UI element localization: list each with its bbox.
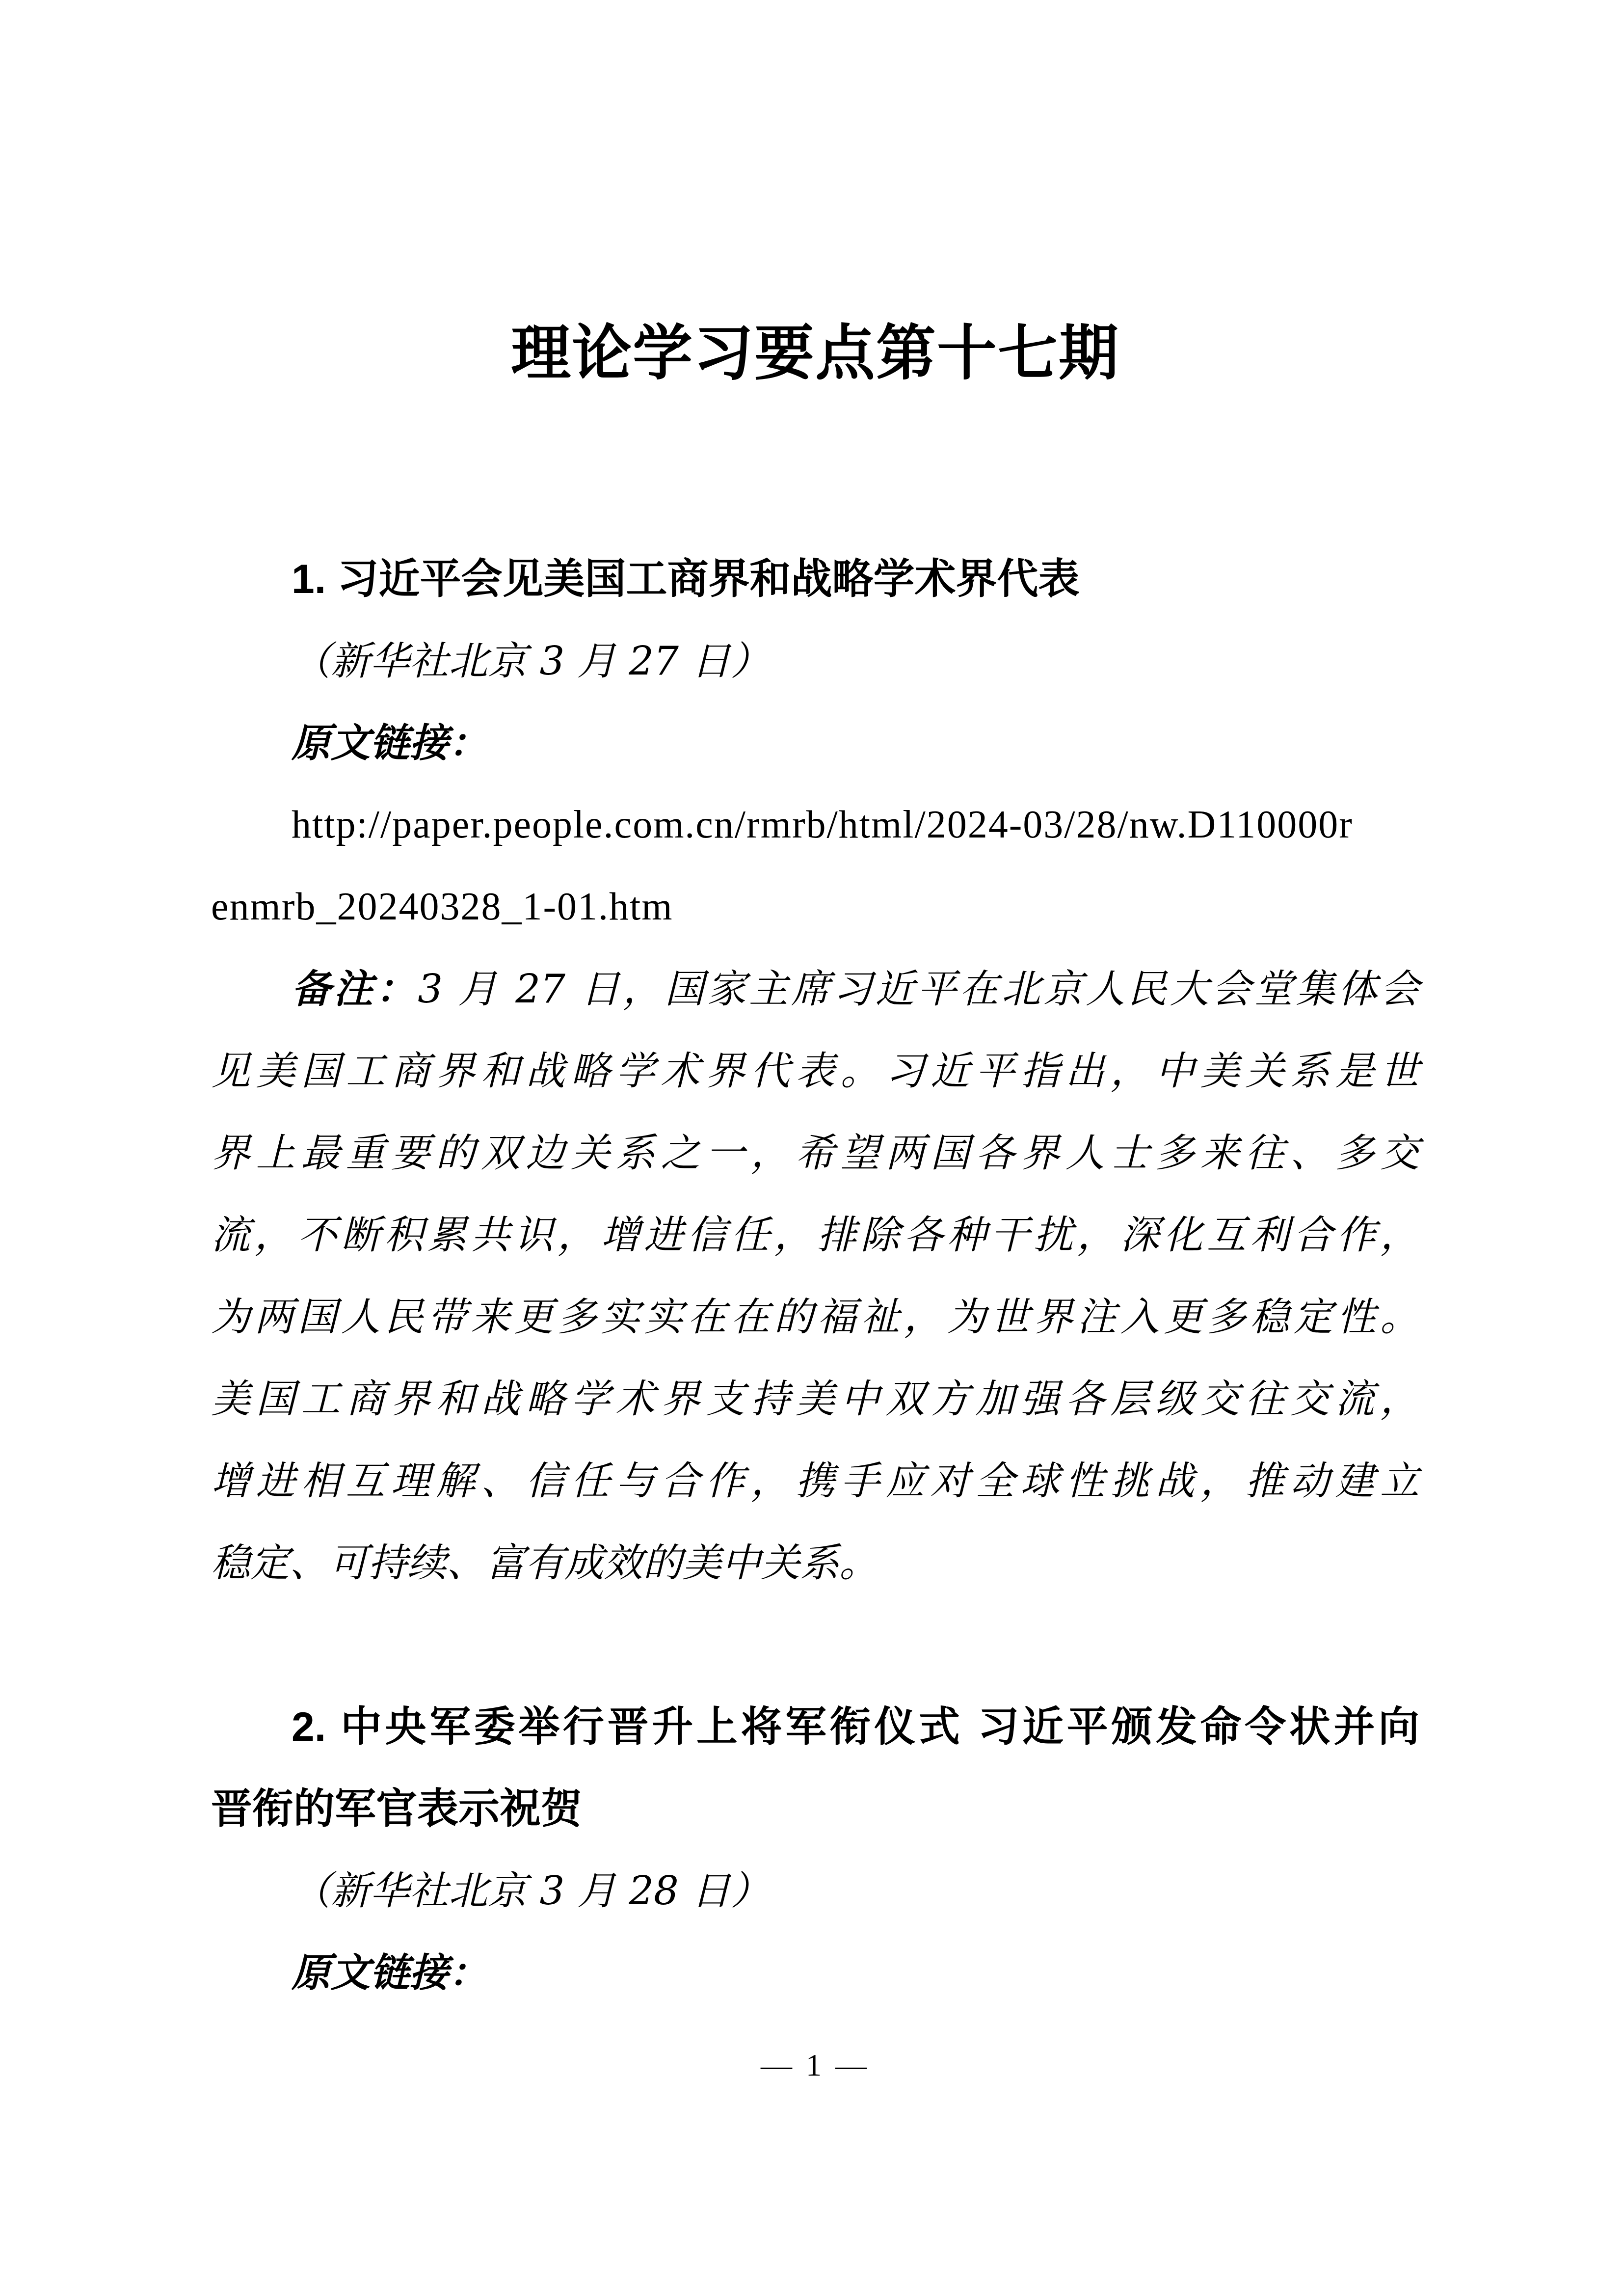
section2-heading-line-1: 2. 中央军委举行晋升上将军衔仪式 习近平颁发命令状并向 (211, 1686, 1419, 1768)
title-gap (211, 402, 1419, 538)
section1-heading: 1. 习近平会见美国工商界和战略学术界代表 (211, 538, 1419, 620)
note-line: 增进相互理解、信任与合作，携手应对全球性挑战，推动建立 (211, 1440, 1419, 1522)
section1-url-line-1: http://paper.people.com.cn/rmrb/html/202… (211, 784, 1419, 866)
section1-url-line-2: enmrb_20240328_1-01.htm (211, 866, 1419, 948)
note-line: 美国工商界和战略学术界支持美中双方加强各层级交往交流， (211, 1358, 1419, 1440)
note-line: 界上最重要的双边关系之一，希望两国各界人士多来往、多交 (211, 1112, 1419, 1194)
blank-line (211, 1604, 1419, 1686)
document-content: 理论学习要点第十七期 1. 习近平会见美国工商界和战略学术界代表 （新华社北京 … (211, 0, 1419, 2102)
section1-source: （新华社北京 3 月 27 日） (211, 620, 1419, 702)
section1-link-label: 原文链接： (211, 702, 1419, 784)
note-line: 备注：3 月 27 日，国家主席习近平在北京人民大会堂集体会 (211, 948, 1419, 1030)
note-line-text: 3 月 27 日，国家主席习近平在北京人民大会堂集体会 (418, 966, 1419, 1012)
document-title: 理论学习要点第十七期 (211, 303, 1419, 402)
section2-source: （新华社北京 3 月 28 日） (211, 1850, 1419, 1932)
note-label: 备注： (292, 966, 418, 1012)
section2-heading-line-2: 晋衔的军官表示祝贺 (211, 1768, 1419, 1850)
note-line: 为两国人民带来更多实实在在的福祉，为世界注入更多稳定性。 (211, 1276, 1419, 1358)
document-page: 理论学习要点第十七期 1. 习近平会见美国工商界和战略学术界代表 （新华社北京 … (0, 0, 1623, 2296)
section2-link-label: 原文链接： (211, 1932, 1419, 2014)
page-number: — 1 — (211, 2028, 1419, 2102)
note-line: 稳定、可持续、富有成效的美中关系。 (211, 1522, 1419, 1604)
note-line: 流，不断积累共识，增进信任，排除各种干扰，深化互利合作， (211, 1194, 1419, 1276)
note-line: 见美国工商界和战略学术界代表。习近平指出，中美关系是世 (211, 1030, 1419, 1112)
